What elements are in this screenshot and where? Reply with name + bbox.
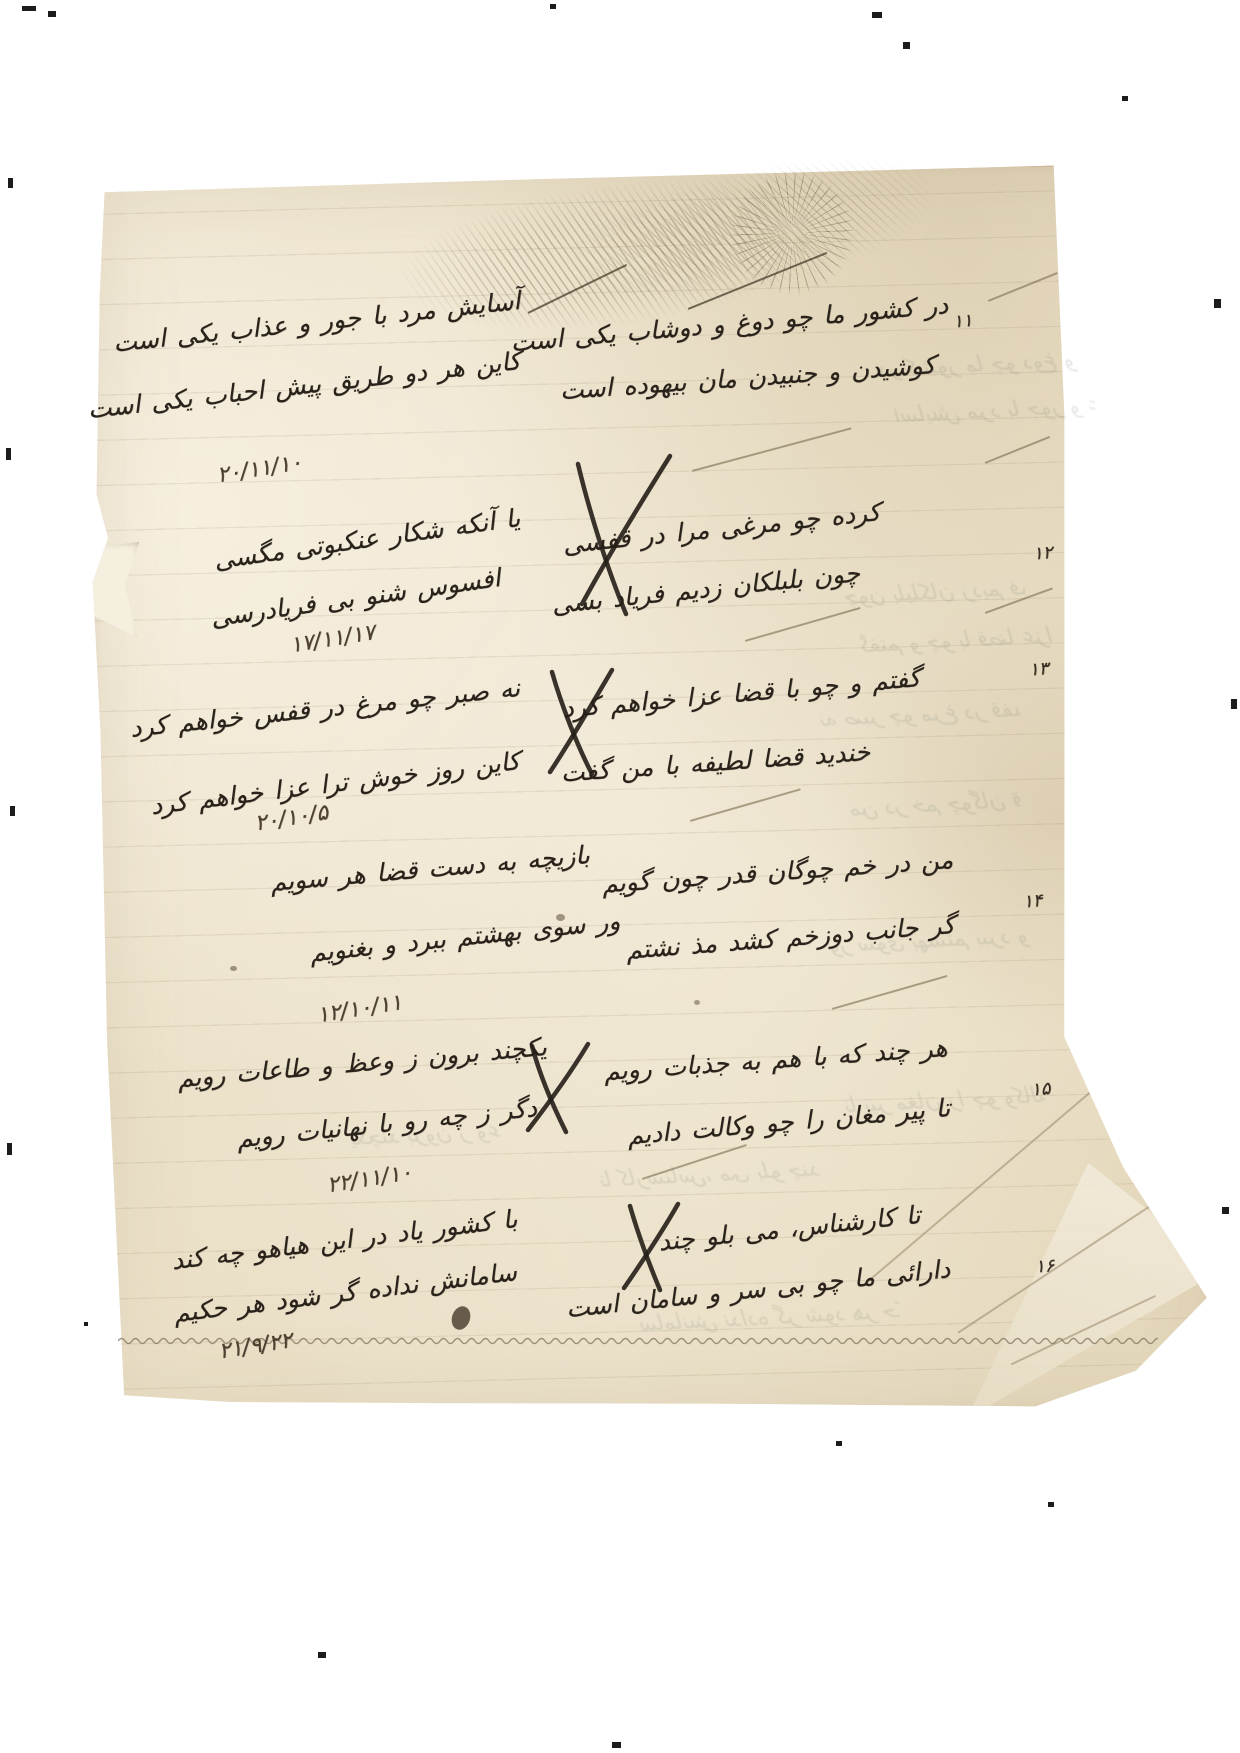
scanned-manuscript-page: در کشور ما چو دوغ و دوشاب یکی است آسایش … — [0, 0, 1240, 1753]
ink-blot — [556, 914, 565, 921]
x-mark — [540, 662, 620, 782]
stanza-number: ۱۵ — [1030, 1078, 1051, 1101]
stanza-number: ۱۳ — [1028, 658, 1049, 681]
x-mark — [520, 1038, 596, 1138]
stanza-number: ۱۶ — [1034, 1255, 1055, 1278]
stanza-number: ۱۴ — [1022, 890, 1043, 913]
ink-blot — [694, 1000, 700, 1005]
folded-corner — [943, 1162, 1225, 1419]
stanza-number: ۱۲ — [1032, 542, 1053, 565]
x-mark — [616, 1198, 684, 1296]
ink-blot — [230, 966, 237, 971]
stanza-number: ۱۱ — [952, 310, 973, 333]
x-mark — [568, 446, 678, 626]
paper-tear — [84, 542, 143, 638]
